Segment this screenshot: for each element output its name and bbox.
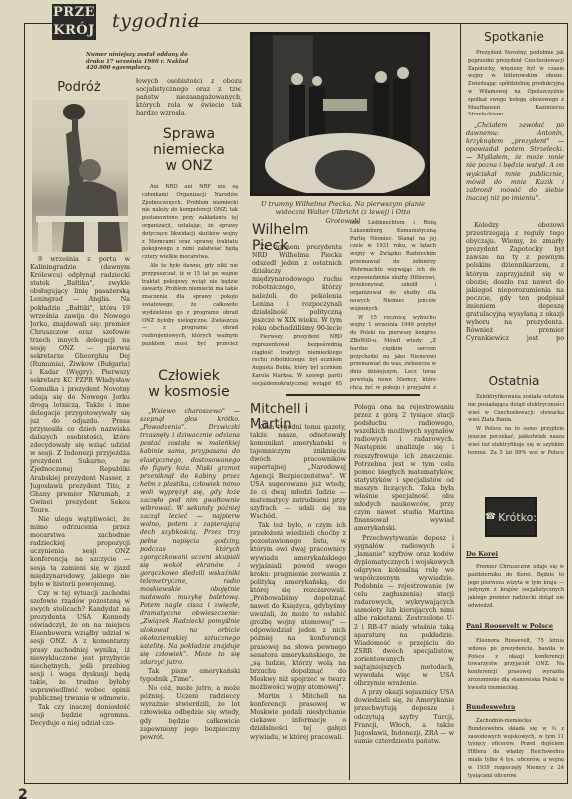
headline-spotkanie: Spotkanie xyxy=(462,30,566,44)
headline-line: w kosmosie xyxy=(136,384,242,400)
krotko-bundeswehra-body: Zachodnio-niemiecka Bundeswehra składa s… xyxy=(468,718,564,781)
paragraph: Tak czy inaczej doniosłość sesji będzie … xyxy=(30,704,130,728)
krotko-do-korei-body: Premier Chruszczow udaje się w październ… xyxy=(468,564,564,614)
krotko-badge: ☎ Krótko: xyxy=(485,497,537,537)
paragraph: W Polsce na to samo przyjdzie jeszcze po… xyxy=(468,426,564,454)
telephone-icon: ☎ xyxy=(485,512,496,522)
article-sprawa-body: Ani NRD ani NRF nie są członkami Organiz… xyxy=(142,184,238,346)
section-title: tygodnia xyxy=(112,10,200,32)
frame-rule xyxy=(24,23,25,783)
paragraph: Kilka tygodni temu gazety, także nasze, … xyxy=(250,424,346,521)
article-mitchell-body-2: Polega ona na rejestrowaniu przez z górą… xyxy=(354,404,454,781)
column-rule xyxy=(460,24,461,784)
paragraph: Ze zgonem prezydenta NRD Wilhelma Piecka… xyxy=(252,244,342,332)
logo-przekroj-top: PRZE xyxy=(52,4,96,22)
subhead-bundeswehra: Bundeswehra xyxy=(466,703,515,711)
paragraph: lem Liebknechtem i Różą Luksemburg Komun… xyxy=(350,220,436,314)
frame-rule xyxy=(24,783,568,784)
subhead-pani-roosevelt: Pani Roosevelt w Polsce xyxy=(466,622,553,630)
paragraph: Eleonora Roosevelt, 75 letnia wdowa po p… xyxy=(468,638,564,690)
article-pieck-body-2: Pierwszy prezydent NRD reprezentował bez… xyxy=(252,334,342,388)
headline-czlowiek-w-kosmosie: Człowiek w kosmosie xyxy=(136,368,242,400)
paragraph: Polega ona na rejestrowaniu przez z górą… xyxy=(354,404,454,534)
subhead-do-korei: Do Korei xyxy=(466,550,498,558)
headline-line: Sprawa xyxy=(136,126,242,142)
paragraph: „Chciałem zawołać po dawnemu: Antonín, k… xyxy=(466,122,564,203)
headline-podroz: Podróż xyxy=(30,80,128,95)
headline-line: Człowiek xyxy=(136,368,242,384)
paragraph: Koledzy obozowi przestrzegają z reguły t… xyxy=(466,222,564,342)
article-mitchell-body-1: Kilka tygodni temu gazety, także nasze, … xyxy=(250,424,346,781)
article-spotkanie-quote: „Chciałem zawołać po dawnemu: Antonín, k… xyxy=(466,122,564,222)
article-czlowiek-body: „Wsiewo charoszewo" — szepnął głos krótk… xyxy=(140,408,240,781)
headline-line: niemiecka xyxy=(136,142,242,158)
paragraph: W 15 rocznicę wybuchu wojny 1 września 1… xyxy=(350,315,436,390)
paragraph: Pierwszy prezydent NRD reprezentował bez… xyxy=(252,334,342,388)
photo-khrushchev-waving xyxy=(32,100,128,252)
paragraph: Nie ulega wątpliwości, że mimo odrzuceni… xyxy=(30,516,130,589)
column-rule xyxy=(349,430,350,780)
paragraph: Tak pisze amerykański tygodnik „Time". xyxy=(140,668,240,684)
paragraph: Przechwytywanie depesz i sygnałów radiow… xyxy=(354,535,454,689)
paragraph: Czy w tej sytuacji zachodni szefowie rzą… xyxy=(30,590,130,703)
frame-rule xyxy=(188,23,568,24)
article-podroz-continuation: łowych osobistości z obozu socjalistyczn… xyxy=(136,78,242,118)
paragraph: „Wsiewo charoszewo" — szepnął głos krótk… xyxy=(140,408,240,667)
paragraph: Prezydent Novotny, podobnie jak poprzedn… xyxy=(468,50,564,115)
paragraph: Premier Chruszczow udaje się w październ… xyxy=(468,564,564,611)
logo-przekroj-bottom: KRÓJ xyxy=(52,22,96,40)
paragraph: A przy okazji sojusznicy USA dowiedzieli… xyxy=(354,689,454,746)
photo-scene-icon xyxy=(253,35,427,193)
headline-sprawa-niemiecka: Sprawa niemiecka w ONZ xyxy=(136,126,242,174)
paragraph: łowych osobistości z obozu socjalistyczn… xyxy=(136,78,242,118)
article-spotkanie-body-1: Prezydent Novotny, podobnie jak poprzedn… xyxy=(468,50,564,115)
frame-rule xyxy=(24,23,52,24)
article-ostatnia-body: Zelektryfikowana została ostatnia nie po… xyxy=(468,394,564,454)
paragraph: No cóż, może jutro, a może później. Ucze… xyxy=(140,685,240,742)
krotko-label: Krótko: xyxy=(498,511,537,524)
page-number: 2 xyxy=(18,787,28,799)
krotko-roosevelt-body: Eleonora Roosevelt, 75 letnia wdowa po p… xyxy=(468,638,564,690)
photo-figure-icon xyxy=(32,100,128,252)
headline-ostatnia: Ostatnia xyxy=(462,374,566,388)
article-podroz-body: 9 września z portu w Kaliningradzie (daw… xyxy=(30,256,130,781)
frame-rule xyxy=(567,23,568,783)
headline-line: w ONZ xyxy=(136,158,242,174)
print-imprint: Numer niniejszy został oddany do druku 1… xyxy=(86,52,206,72)
paragraph: Tak też było, o czym ich przełożeni wied… xyxy=(250,522,346,692)
photo-pieck-funeral xyxy=(250,32,430,196)
paragraph: Ale to było dawno, gdy nikt nie przypusz… xyxy=(142,263,238,346)
paragraph: Zachodnio-niemiecka Bundeswehra składa s… xyxy=(468,718,564,780)
section-divider xyxy=(286,394,420,396)
article-spotkanie-body-2: Koledzy obozowi przestrzegają z reguły t… xyxy=(466,222,564,342)
paragraph: 9 września z portu w Kaliningradzie (daw… xyxy=(30,256,130,515)
paragraph: Zelektryfikowana została ostatnia nie po… xyxy=(468,394,564,425)
paragraph: Ani NRD ani NRF nie są członkami Organiz… xyxy=(142,184,238,262)
paragraph: Martin i Mitchell na konferencji prasowe… xyxy=(250,693,346,742)
article-pieck-body-3: lem Liebknechtem i Różą Luksemburg Komun… xyxy=(350,220,436,390)
article-pieck-body-1: Ze zgonem prezydenta NRD Wilhelma Piecka… xyxy=(252,244,342,332)
